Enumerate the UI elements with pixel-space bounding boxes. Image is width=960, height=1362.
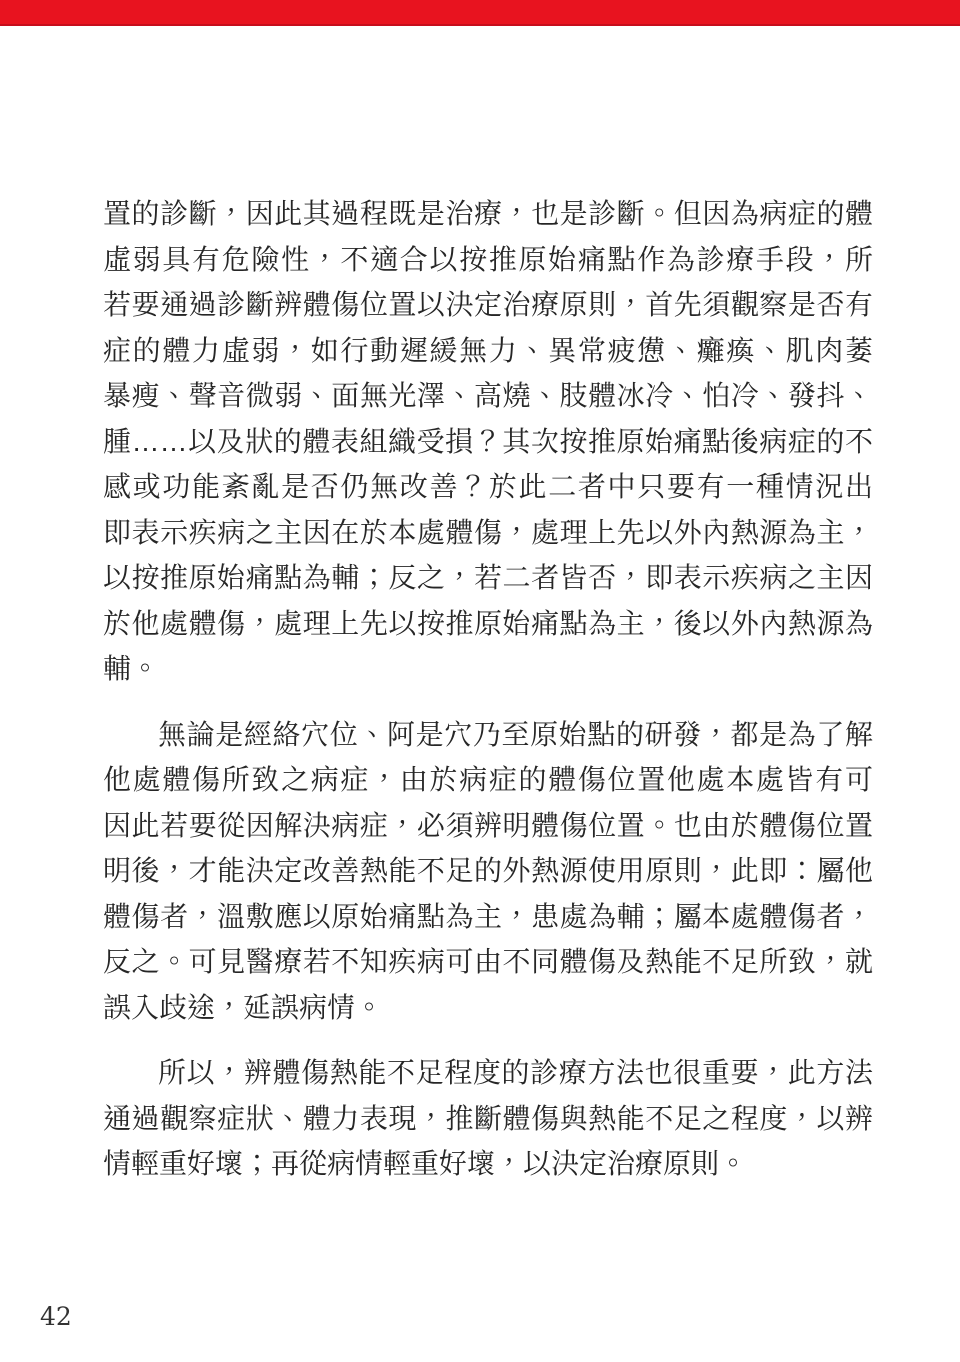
text-line: 以按推原始痛點為輔；反之，若二者皆否，即表示疾病之主因在: [103, 555, 873, 601]
paragraph: 置的診斷，因此其過程既是治療，也是診斷。但因為病症的體力虛弱具有危險性，不適合以…: [103, 191, 873, 692]
text-line: 於他處體傷，處理上先以按推原始痛點為主，後以外內熱源為: [103, 601, 873, 647]
text-line: 輔。: [103, 646, 873, 692]
text-line: 腫……以及狀的體表組織受損？其次按推原始痛點後病症的不適: [103, 419, 873, 465]
text-line: 症的體力虛弱，如行動遲緩無力、異常疲憊、癱瘓、肌肉萎縮、: [103, 328, 873, 374]
text-line: 虛弱具有危險性，不適合以按推原始痛點作為診療手段，所以，: [103, 237, 873, 283]
text-line: 暴瘦、聲音微弱、面無光澤、高燒、肢體冰冷、怕冷、發抖、水: [103, 373, 873, 419]
text-line: 置的診斷，因此其過程既是治療，也是診斷。但因為病症的體力: [103, 191, 873, 237]
text-line: 即表示疾病之主因在於本處體傷，處理上先以外內熱源為主，後: [103, 510, 873, 556]
text-line: 所以，辨體傷熱能不足程度的診療方法也很重要，此方法是: [103, 1050, 873, 1096]
text-line: 因此若要從因解決病症，必須辨明體傷位置。也由於體傷位置辨: [103, 803, 873, 849]
book-page: 置的診斷，因此其過程既是治療，也是診斷。但因為病症的體力虛弱具有危險性，不適合以…: [0, 0, 960, 1362]
text-line: 情輕重好壞；再從病情輕重好壞，以決定治療原則。: [103, 1141, 873, 1187]
text-line: 無論是經絡穴位、阿是穴乃至原始點的研發，都是為了解決: [103, 712, 873, 758]
text-line: 誤入歧途，延誤病情。: [103, 985, 873, 1031]
text-line: 若要通過診斷辨體傷位置以決定治療原則，首先須觀察是否有病: [103, 282, 873, 328]
text-line: 明後，才能決定改善熱能不足的外熱源使用原則，此即：屬他處: [103, 848, 873, 894]
page-content: 置的診斷，因此其過程既是治療，也是診斷。但因為病症的體力虛弱具有危險性，不適合以…: [103, 191, 873, 1207]
top-red-bar: [0, 0, 960, 26]
text-line: 體傷者，溫敷應以原始痛點為主，患處為輔；屬本處體傷者，則: [103, 894, 873, 940]
page-number: 42: [40, 1300, 72, 1334]
text-line: 反之。可見醫療若不知疾病可由不同體傷及熱能不足所致，就會: [103, 939, 873, 985]
paragraph: 無論是經絡穴位、阿是穴乃至原始點的研發，都是為了解決他處體傷所致之病症，由於病症…: [103, 712, 873, 1031]
text-line: 他處體傷所致之病症，由於病症的體傷位置他處本處皆有可能，: [103, 757, 873, 803]
text-line: 感或功能紊亂是否仍無改善？於此二者中只要有一種情況出現，: [103, 464, 873, 510]
text-line: 通過觀察症狀、體力表現，推斷體傷與熱能不足之程度，以辨病: [103, 1096, 873, 1142]
paragraph: 所以，辨體傷熱能不足程度的診療方法也很重要，此方法是通過觀察症狀、體力表現，推斷…: [103, 1050, 873, 1187]
